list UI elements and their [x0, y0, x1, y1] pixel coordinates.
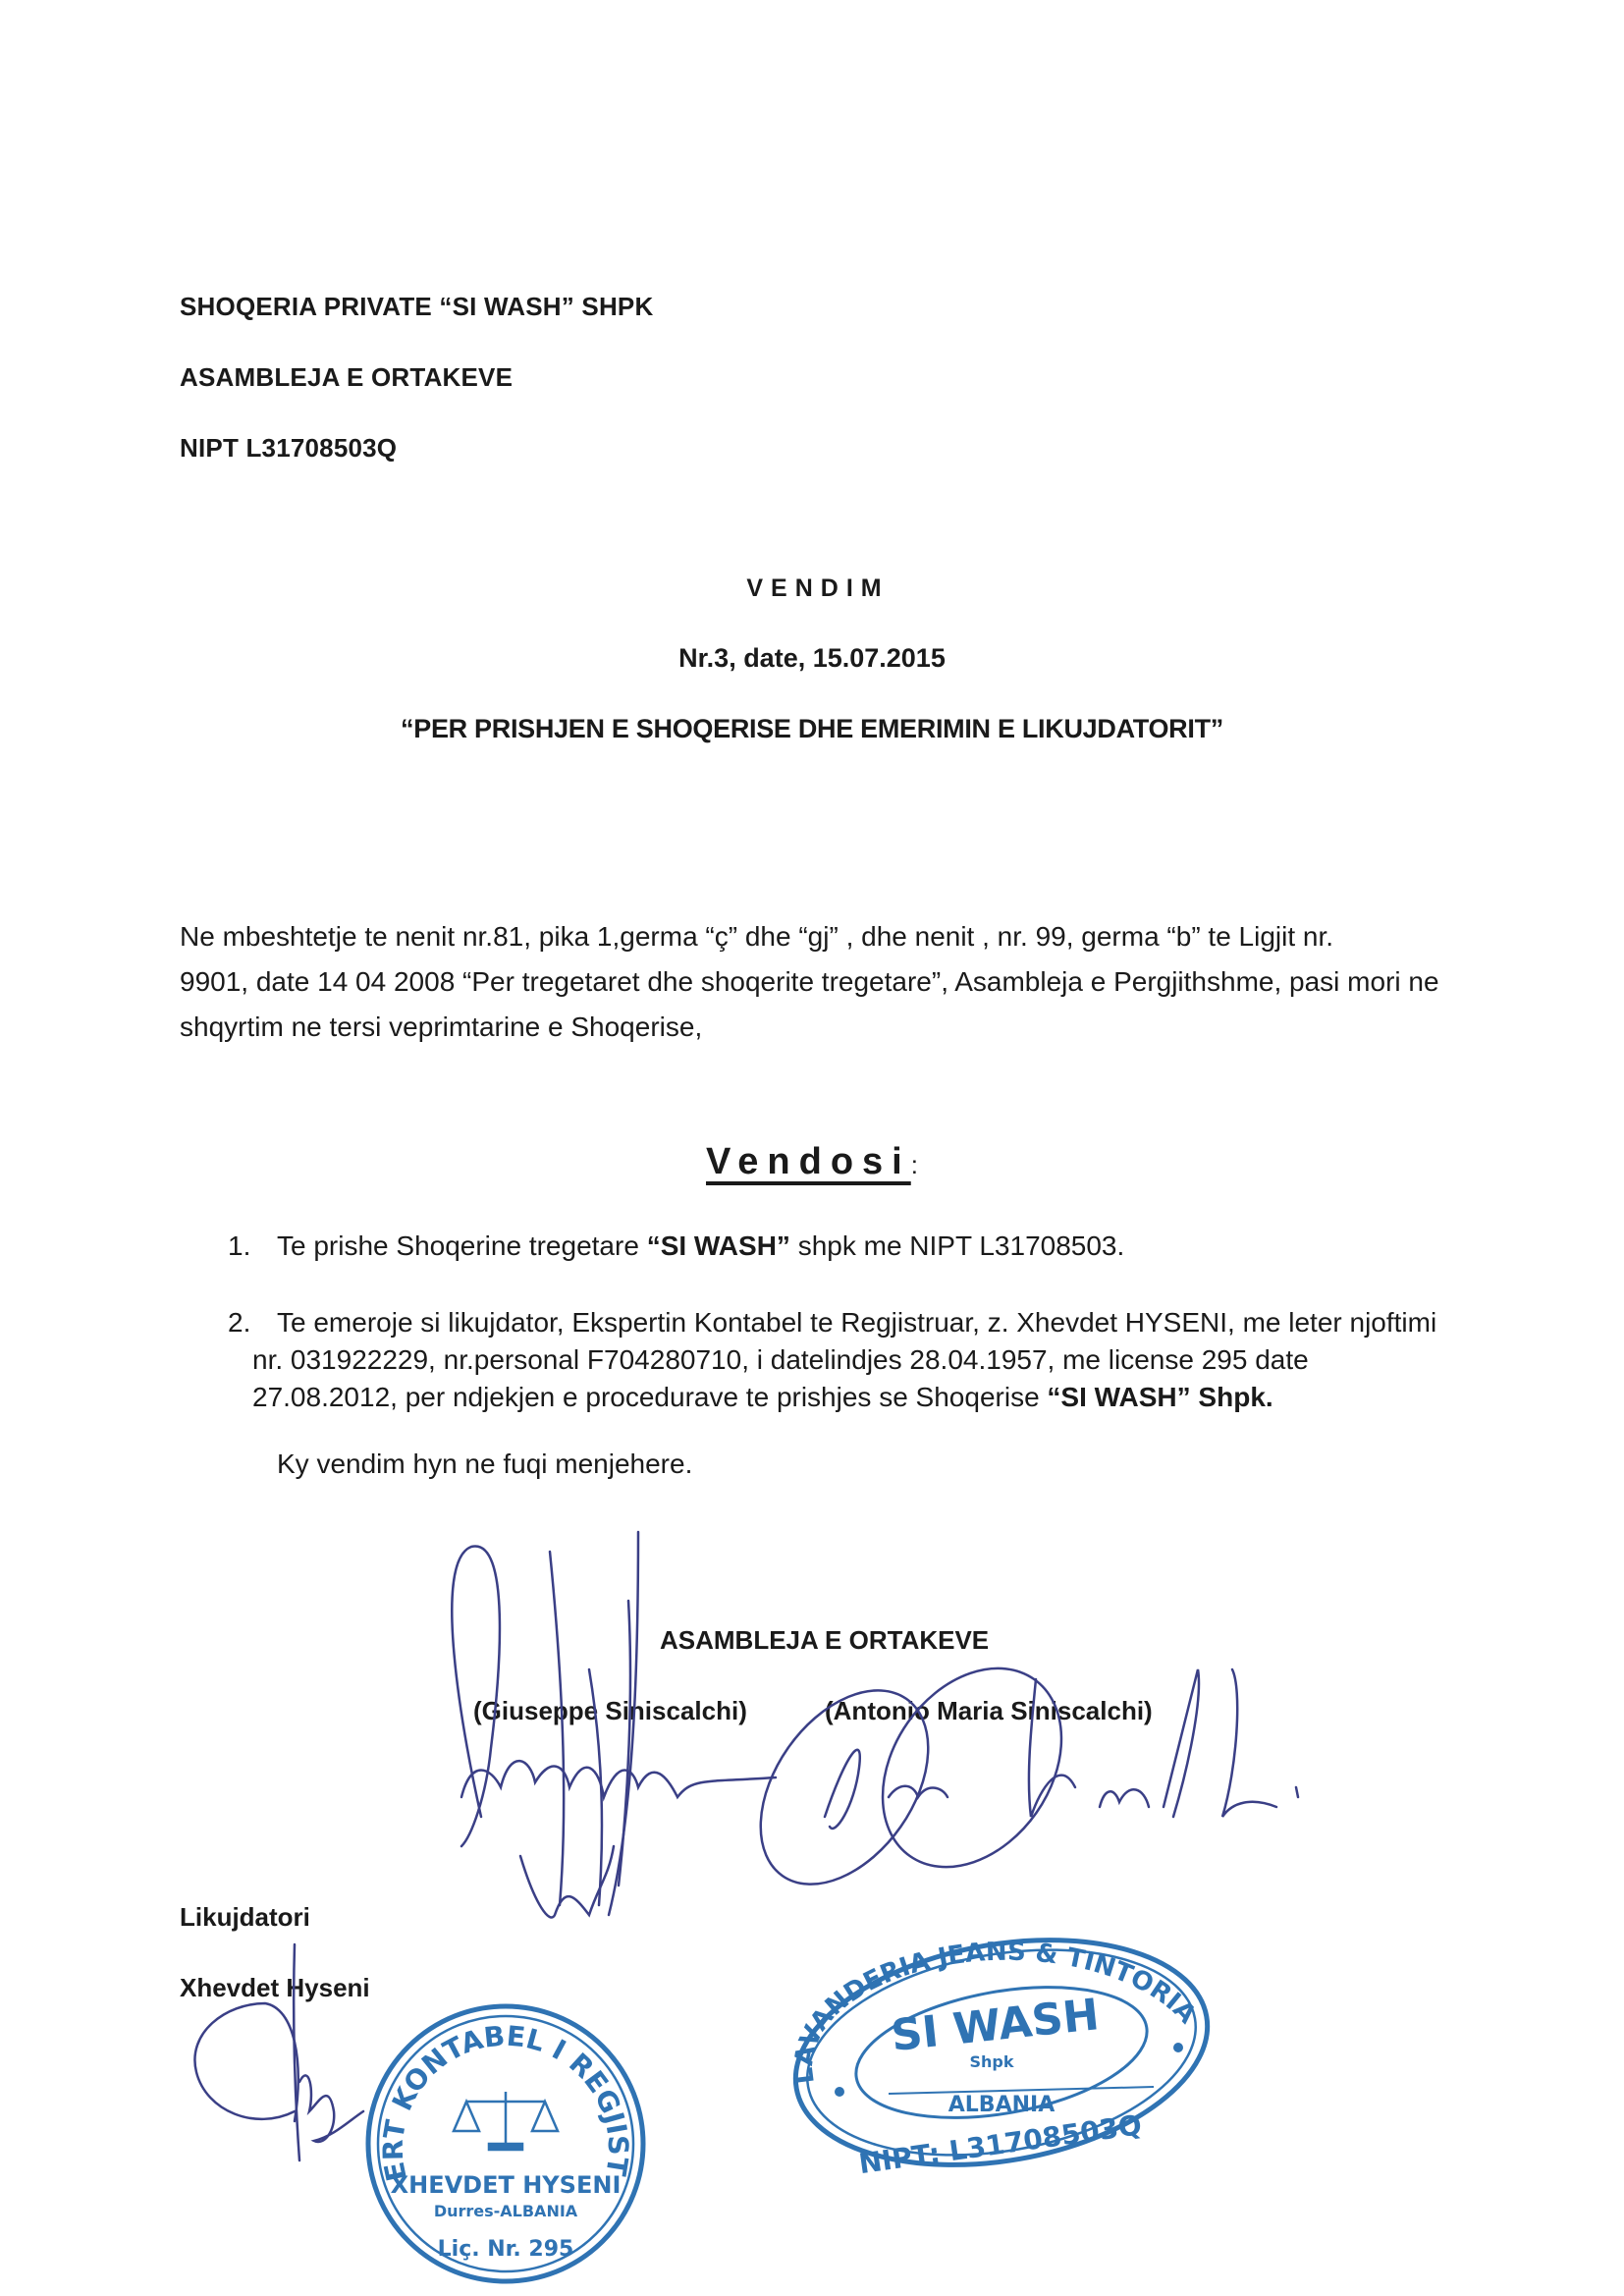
- nipt-label: NIPT L31708503Q: [180, 433, 397, 464]
- item-company-bold: “SI WASH” Shpk.: [1047, 1382, 1272, 1412]
- item-2-line-3: 27.08.2012, per ndjekjen e procedurave t…: [252, 1379, 1273, 1415]
- stamp-city: Durres-ALBANIA: [434, 2202, 578, 2220]
- liquidator-role: Likujdatori: [180, 1902, 310, 1933]
- scales-icon: [454, 2092, 558, 2150]
- company-stamp-nipt: NIPT: L31708503Q: [857, 2108, 1144, 2175]
- stamp-license: Liç. Nr. 295: [438, 2237, 574, 2262]
- partner-2-signature: [727, 1634, 1298, 1915]
- stamp-name: XHEVDET HYSENI: [391, 2171, 622, 2199]
- effective-statement: Ky vendim hyn ne fuqi menjehere.: [277, 1446, 692, 1482]
- accountant-stamp: EKSPERT KONTABEL I REGJISTRUAR XHEVDET H…: [363, 1998, 648, 2288]
- item-2-line-2: nr. 031922229, nr.personal F704280710, i…: [252, 1341, 1309, 1378]
- assembly-signature-title: ASAMBLEJA E ORTAKEVE: [660, 1625, 989, 1656]
- item-text: Te prishe Shoqerine tregetare: [277, 1230, 647, 1261]
- item-number: 2.: [228, 1304, 277, 1340]
- liquidator-name: Xhevdet Hyseni: [180, 1973, 370, 2003]
- company-stamp-name: SI WASH: [889, 1990, 1102, 2061]
- decision-heading: VENDIM: [0, 574, 1624, 603]
- item-line-1: Te emeroje si likujdator, Ekspertin Kont…: [277, 1307, 1436, 1338]
- assembly-label: ASAMBLEJA E ORTAKEVE: [180, 362, 513, 393]
- item-text-tail: shpk me NIPT L31708503.: [790, 1230, 1124, 1261]
- company-stamp-sub: Shpk: [969, 2052, 1013, 2071]
- stamp-ring-text: EKSPERT KONTABEL I REGJISTRUAR: [363, 1998, 634, 2184]
- resolution-colon: :: [911, 1150, 918, 1179]
- resolution-heading-wrap: Vendosi:: [0, 1141, 1624, 1183]
- decision-subject: “PER PRISHJEN E SHOQERISE DHE EMERIMIN E…: [0, 714, 1624, 744]
- item-company-bold: “SI WASH”: [647, 1230, 790, 1261]
- resolution-heading: Vendosi: [706, 1141, 911, 1182]
- preamble-line-1: Ne mbeshtetje te nenit nr.81, pika 1,ger…: [180, 918, 1333, 955]
- resolution-item-1: 1.Te prishe Shoqerine tregetare “SI WASH…: [228, 1228, 1124, 1264]
- partner-1-name: (Giuseppe Siniscalchi): [473, 1696, 747, 1726]
- company-stamp-country: ALBANIA: [948, 2093, 1055, 2117]
- company-name: SHOQERIA PRIVATE “SI WASH” SHPK: [180, 292, 653, 322]
- resolution-item-2: 2.Te emeroje si likujdator, Ekspertin Ko…: [228, 1304, 1436, 1340]
- item-number: 1.: [228, 1228, 277, 1264]
- item-line-3-text: 27.08.2012, per ndjekjen e procedurave t…: [252, 1382, 1047, 1412]
- decision-number-date: Nr.3, date, 15.07.2015: [0, 643, 1624, 674]
- preamble-line-3: shqyrtim ne tersi veprimtarine e Shoqeri…: [180, 1009, 702, 1045]
- partner-2-name: (Antonio Maria Siniscalchi): [825, 1696, 1153, 1726]
- preamble-line-2: 9901, date 14 04 2008 “Per tregetaret dh…: [180, 963, 1439, 1000]
- company-stamp: LAVANDERIA JEANS & TINTORIA SI WASH Shpk…: [781, 1930, 1222, 2175]
